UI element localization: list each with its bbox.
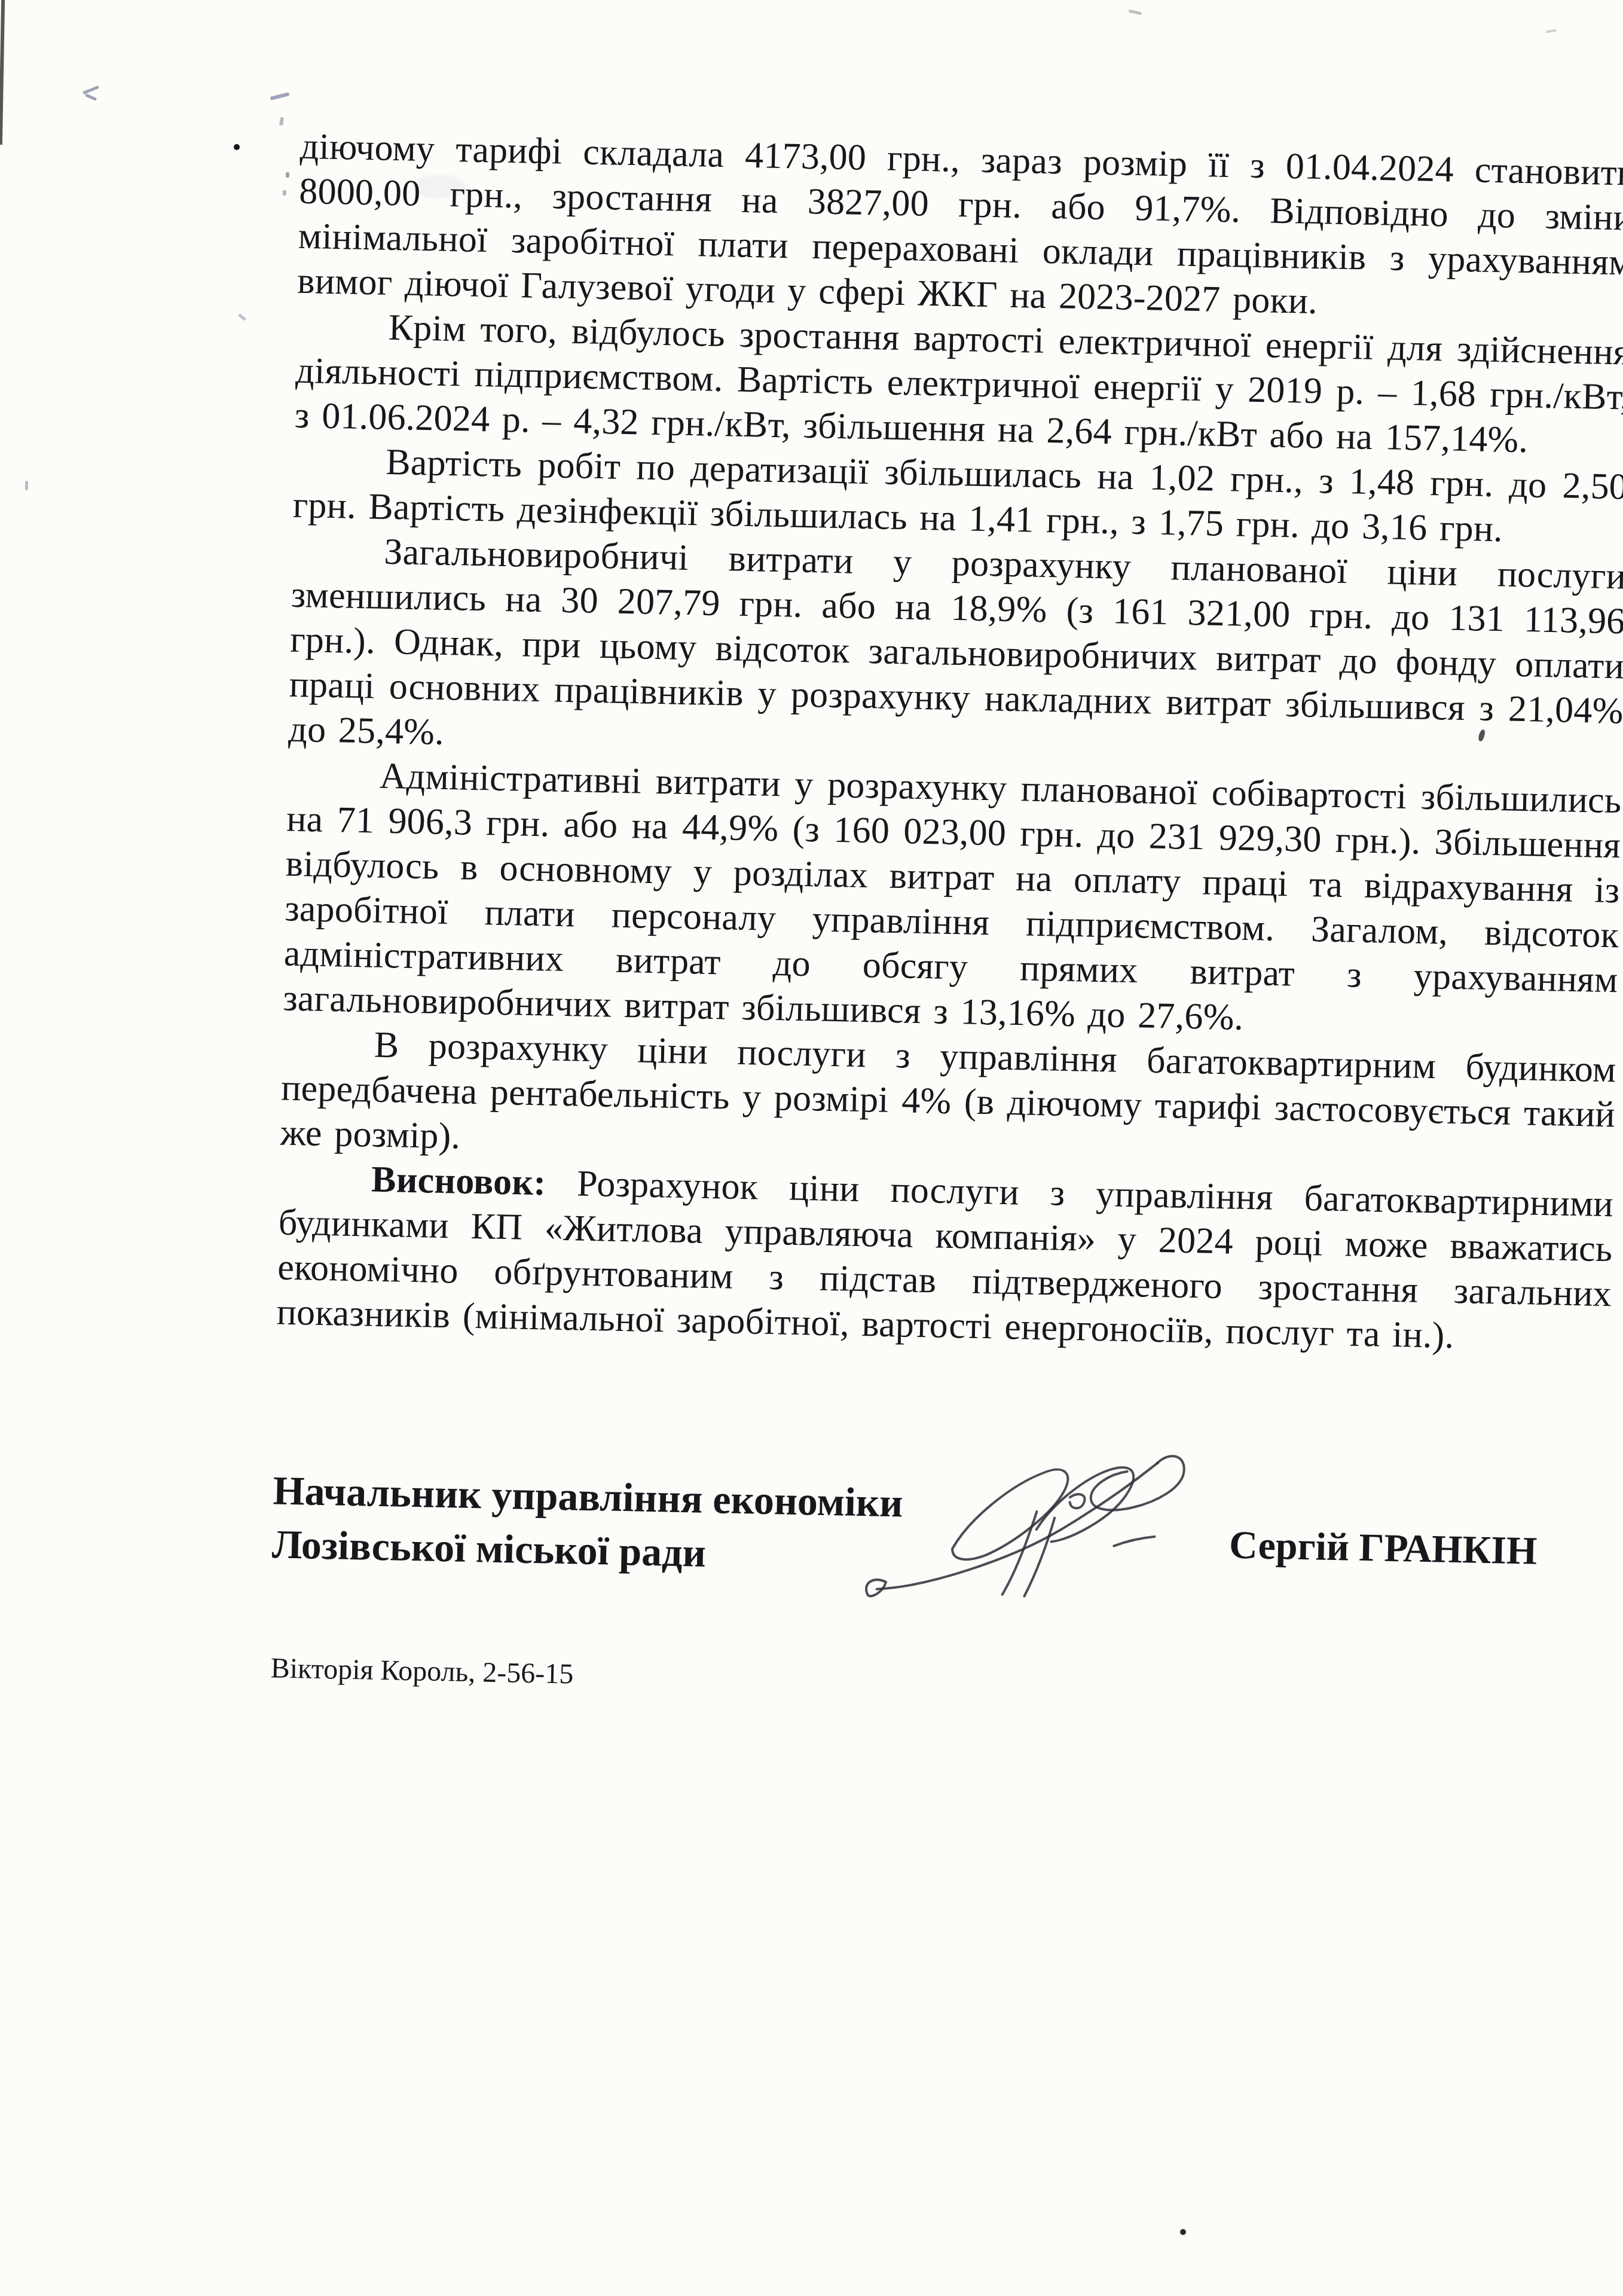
scan-mark (270, 92, 290, 100)
paragraph-profitability: В розрахунку ціни послуги з управління б… (280, 1021, 1616, 1183)
signer-title: Начальник управління економіки Лозівсько… (271, 1463, 903, 1583)
scan-edge-line (0, 0, 5, 145)
scan-mark (85, 93, 97, 101)
scan-mark (1129, 10, 1142, 15)
paragraph-tariff-growth: діючому тарифі складала 4173,00 грн., за… (297, 124, 1623, 331)
executor-contact: Вікторія Король, 2-56-15 (270, 1650, 574, 1692)
signer-name: Сергій ГРАНКІН (1228, 1519, 1538, 1578)
scan-mark (1546, 29, 1557, 33)
document-content: діючому тарифі складала 4173,00 грн., за… (265, 124, 1623, 1885)
scan-mark (82, 86, 99, 94)
handwritten-signature-icon (855, 1436, 1194, 1616)
paragraph-conclusion: Висновок: Розрахунок ціни послуги з упра… (276, 1155, 1614, 1361)
scan-mark (279, 117, 284, 126)
paragraph-administrative-costs: Адміністративні витрати у розрахунку пла… (283, 752, 1622, 1048)
scan-dot (1180, 2229, 1186, 2235)
scan-mark (283, 190, 286, 196)
scan-mark (286, 172, 289, 178)
scan-mark (25, 481, 28, 490)
conclusion-label: Висновок: (371, 1159, 546, 1204)
signature-block: Начальник управління економіки Лозівсько… (271, 1463, 1607, 1598)
paragraph-electricity-cost: Крім того, відбулось зростання вартості … (294, 304, 1623, 465)
paragraph-overhead-costs: Загальновиробничі витрати у розрахунку п… (288, 528, 1623, 779)
scan-dot (234, 144, 240, 150)
scan-mark (238, 313, 246, 321)
document-page: діючому тарифі складала 4173,00 грн., за… (0, 0, 1623, 2296)
